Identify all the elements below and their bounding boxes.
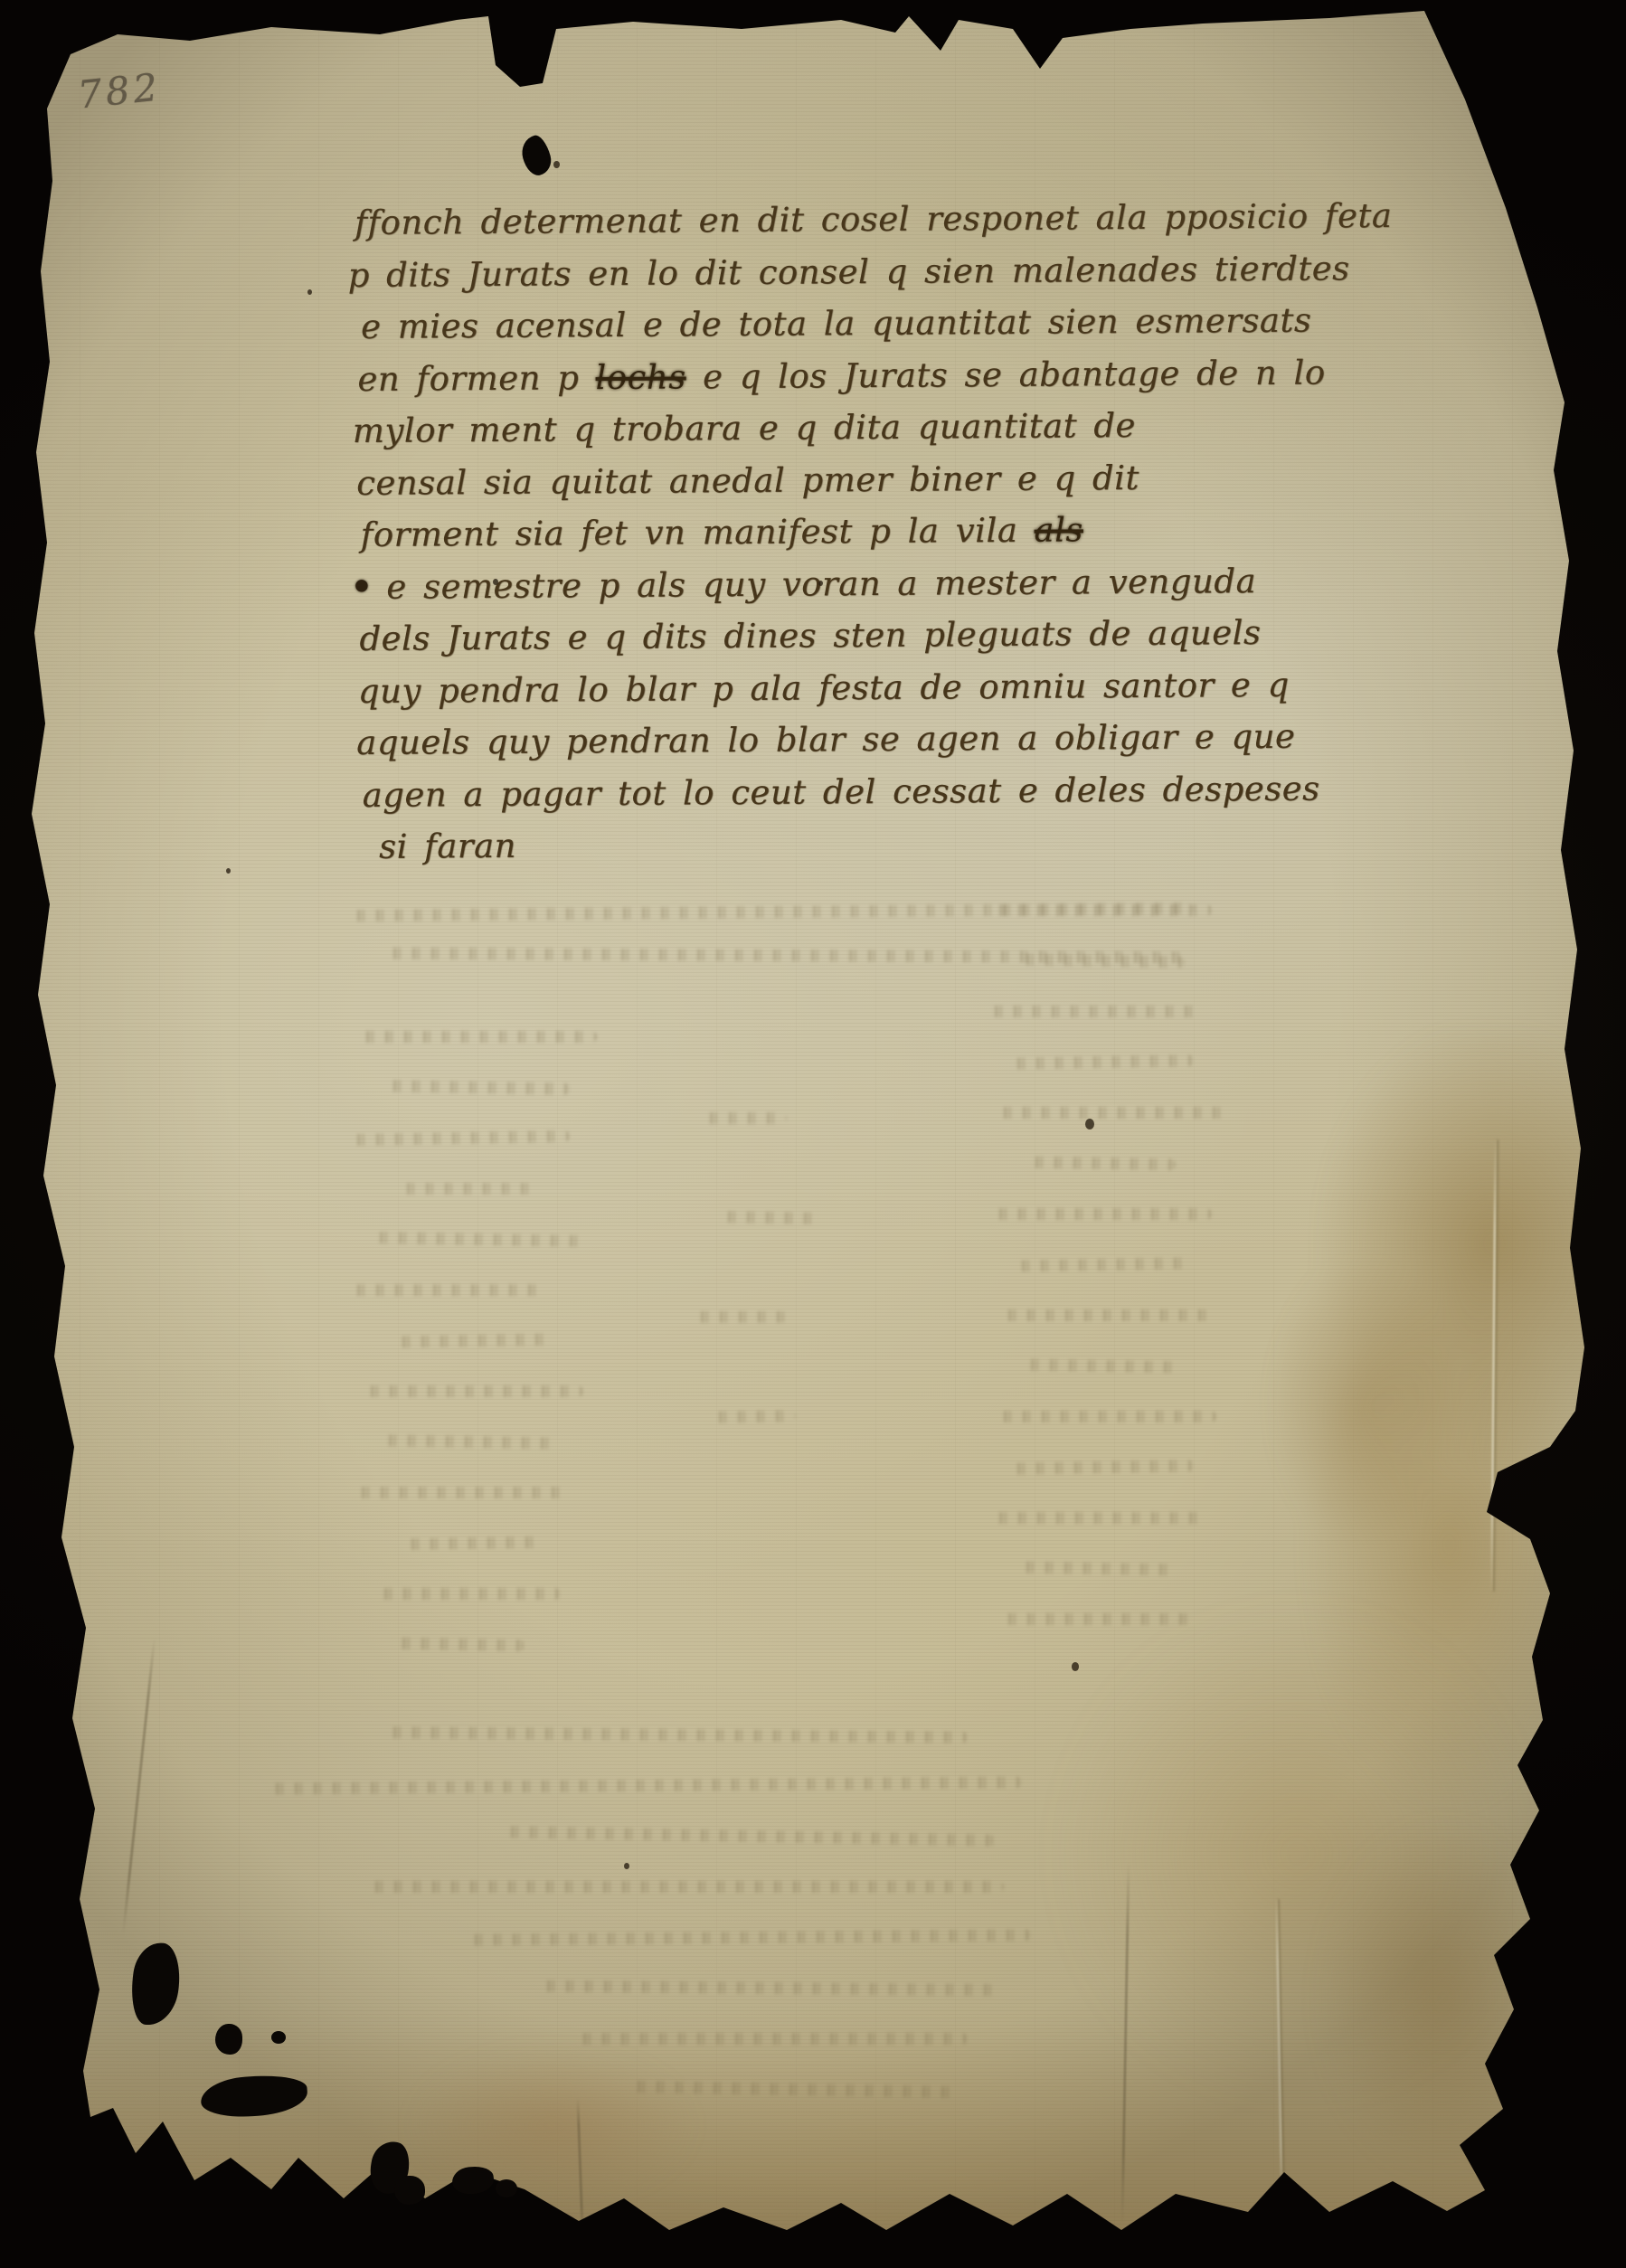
struck-word: lochs [595,357,685,397]
ink-speck [1085,1119,1094,1129]
showthrough-stroke [366,1385,583,1397]
paper-hole [394,2176,425,2205]
manuscript-line: agen a pagar tot lo ceut del cessat e de… [362,762,1308,821]
showthrough-stroke [990,1006,1198,1017]
showthrough-stroke [714,1410,796,1423]
showthrough-stroke [362,1031,597,1043]
struck-word: als [1034,510,1083,549]
ink-speck [226,868,231,874]
manuscript-text-block: ffonch determenat en dit cosel responet … [355,191,1309,874]
showthrough-stroke [999,1107,1225,1119]
ink-speck [307,289,312,295]
manuscript-line: si faran [379,815,1309,874]
showthrough-stroke [995,1208,1212,1220]
ink-speck [818,581,823,586]
showthrough-stroke [995,1512,1203,1524]
showthrough-stroke [1004,1309,1212,1321]
showthrough-stroke [402,1183,538,1195]
manuscript-line: forment sia fet vn manifest p la vila al… [360,503,1306,562]
showthrough-stroke [696,1311,787,1323]
showthrough-stroke [723,1211,823,1224]
paper-hole [215,2024,242,2055]
manuscript-line: e mies acensal e de tota la quantitat si… [361,295,1305,354]
showthrough-stroke [398,1638,525,1651]
showthrough-stroke [579,2033,968,2045]
manuscript-line: quy pendra lo blar p ala festa de omniu … [358,658,1308,717]
manuscript-page: 782 ffonch determenat en dit cosel respo… [0,0,1626,2268]
paper-hole [496,2179,517,2197]
showthrough-stroke [407,1536,543,1551]
manuscript-line: p dits Jurats en lo dit consel q sien ma… [347,242,1304,301]
showthrough-stroke [999,1411,1216,1422]
scan-background: 782 ffonch determenat en dit cosel respo… [0,0,1626,2268]
paper-hole [271,2031,286,2044]
showthrough-stroke [1004,1613,1194,1625]
ink-speck [1072,1662,1079,1671]
showthrough-stroke [1031,1157,1176,1171]
manuscript-line: aquels quy pendran lo blar se agen a obl… [356,711,1308,770]
manuscript-line: mylor ment q trobara e q dita quantitat … [353,399,1306,458]
page-number: 782 [76,68,163,114]
showthrough-stroke [705,1112,787,1124]
showthrough-stroke [371,1881,1004,1893]
manuscript-line: censal sia quitat anedal pmer biner e q … [356,450,1306,509]
manuscript-line: dels Jurats e q dits dines sten pleguats… [359,607,1307,666]
showthrough-stroke [380,1588,561,1600]
showthrough-stroke [353,1284,543,1296]
showthrough-stroke [357,1487,565,1498]
showthrough-stroke [995,904,1212,916]
manuscript-line: ffonch determenat en dit cosel responet … [355,191,1304,250]
bullet-mark: • [349,554,374,619]
manuscript-line: en formen p lochs e q los Jurats se aban… [357,346,1305,405]
